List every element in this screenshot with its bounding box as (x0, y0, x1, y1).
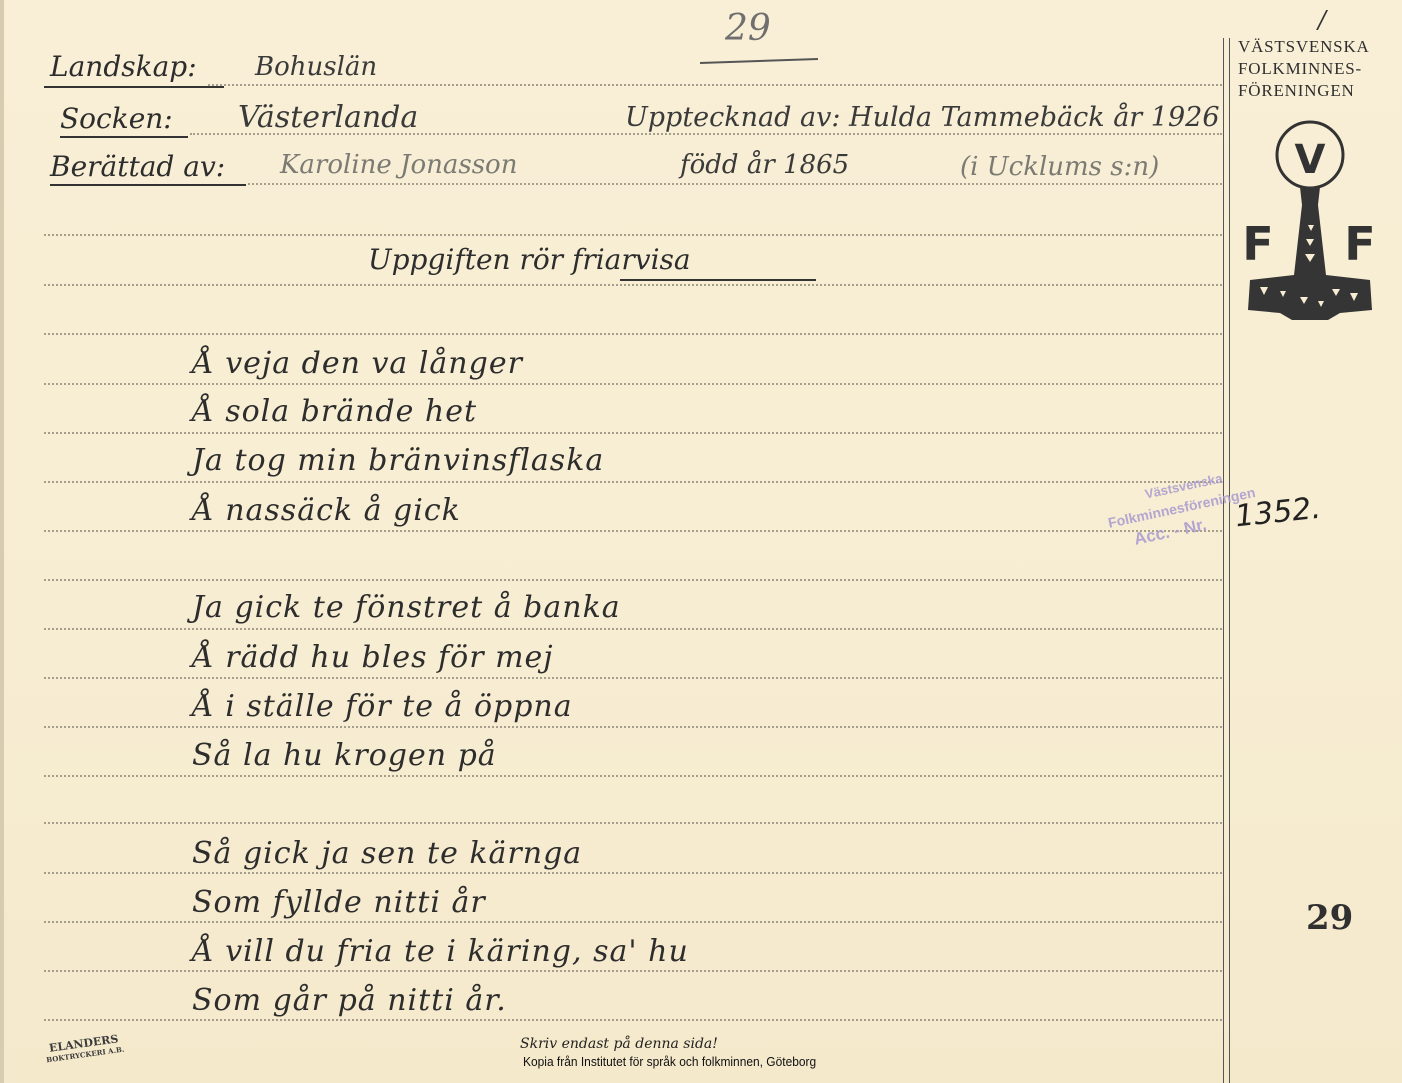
footer-copy-note: Kopia från Institutet för språk och folk… (523, 1054, 816, 1069)
verse-1-line-4: Å nassäck å gick (192, 493, 461, 528)
page-number-underline (700, 58, 818, 64)
ruled-line (44, 383, 1222, 385)
meddelare-label: Berättad av: (50, 150, 225, 183)
ruled-line (44, 481, 1222, 483)
ruled-line (44, 822, 1222, 824)
logo-v: V (1295, 137, 1326, 183)
ruled-line (44, 628, 1222, 630)
verse-1-line-3: Ja tog min bränvinsflaska (192, 443, 604, 478)
socken-label: Socken: (60, 102, 173, 135)
label-underline (60, 136, 188, 138)
socken-value: Västerlanda (238, 100, 418, 135)
ruled-line (44, 579, 1222, 581)
org-line: VÄSTSVENSKA (1238, 36, 1370, 58)
ruled-line (44, 921, 1222, 923)
ruled-line (208, 84, 1222, 86)
org-line: FOLKMINNES- (1238, 58, 1370, 80)
printed-page-number: 29 (1306, 898, 1353, 938)
upptecknad-value: Hulda Tammebäck år 1926 (849, 102, 1219, 133)
ruled-line (44, 775, 1222, 777)
accession-number: 1352. (1233, 491, 1322, 535)
ruled-line (44, 530, 1222, 532)
verse-3-line-3: Å vill du fria te i käring, sa' hu (192, 934, 689, 969)
verse-2-line-2: Å rädd hu bles för mej (192, 640, 554, 675)
title-underline (620, 279, 816, 281)
ruled-line (44, 234, 1222, 236)
upptecknad-label: Upptecknad av: (625, 102, 840, 133)
verse-2-line-3: Å i ställe för te å öppna (192, 689, 573, 724)
verse-2-line-1: Ja gick te fönstret å banka (192, 590, 621, 625)
org-line: FÖRENINGEN (1238, 80, 1370, 102)
ruled-line (44, 284, 1222, 286)
archive-card: 29 Landskap: Bohuslän Socken: Västerland… (0, 0, 1402, 1083)
ruled-line (44, 333, 1222, 335)
meddelare-born: född år 1865 (680, 150, 849, 180)
organization-name: VÄSTSVENSKA FOLKMINNES- FÖRENINGEN (1238, 36, 1370, 102)
ruled-line (44, 970, 1222, 972)
svg-text:F: F (1344, 217, 1375, 271)
handwritten-page-number: 29 (725, 8, 771, 49)
footer-instruction: Skriv endast på denna sida! (520, 1036, 718, 1052)
landskap-value: Bohuslän (255, 52, 377, 82)
svg-text:F: F (1242, 217, 1273, 271)
ruled-line (44, 432, 1222, 434)
ruled-line (44, 872, 1222, 874)
vff-logo-icon: V F F (1240, 115, 1380, 320)
ruled-line (44, 677, 1222, 679)
scan-edge (0, 0, 4, 1083)
song-title: Uppgiften rör friarvisa (368, 243, 691, 276)
landskap-label: Landskap: (50, 50, 197, 83)
label-underline (50, 184, 246, 186)
ruled-line (248, 183, 1222, 185)
verse-1-line-2: Å sola brände het (192, 394, 477, 429)
ruled-line (44, 726, 1222, 728)
verse-1-line-1: Å vejа den va långer (192, 346, 523, 381)
verse-3-line-1: Så gick ja sen te kärnga (192, 836, 582, 871)
verse-3-line-2: Som fyllde nitti år (192, 885, 486, 920)
upptecknad-field: Upptecknad av: Hulda Tammebäck år 1926 (625, 102, 1220, 133)
verse-2-line-4: Så la hu krogen på (192, 738, 497, 773)
verse-3-line-4: Som går på nitti år. (192, 983, 507, 1018)
printer-mark: ELANDERS BOKTRYCKERI A.B. (38, 1032, 131, 1074)
meddelare-note: (i Ucklums s:n) (960, 152, 1159, 182)
meddelare-firstname: Karoline Jonasson (280, 150, 517, 180)
ruled-line (44, 1019, 1222, 1021)
label-underline (44, 86, 224, 88)
sheet-mark: / (1318, 6, 1326, 34)
